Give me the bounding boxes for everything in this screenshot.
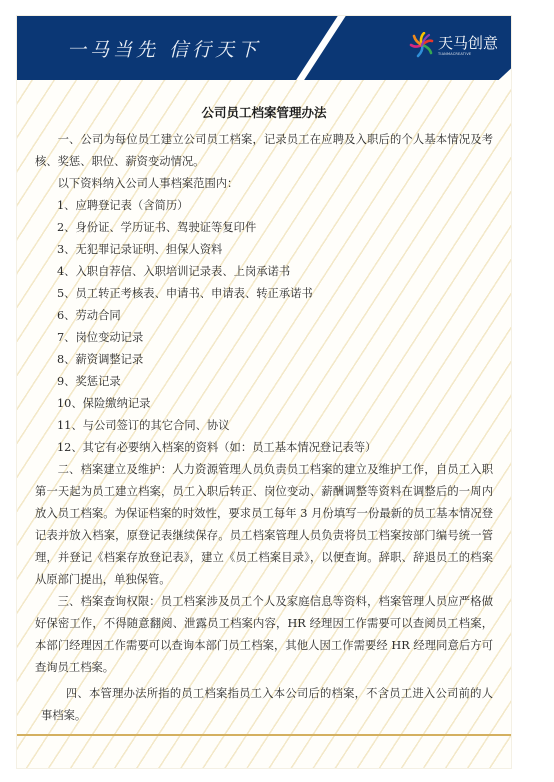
list-item: 1、应聘登记表（含简历） [35, 195, 493, 217]
list-item: 8、薪资调整记录 [35, 349, 493, 371]
logo-name-en: TIANMACREATIVE [438, 52, 498, 56]
list-item: 11、与公司签订的其它合同、协议 [35, 415, 493, 437]
section-4-paragraph: 四、本管理办法所指的员工档案指员工入本公司后的档案，不含员工进入公司前的人事档案… [35, 683, 493, 727]
section-1-paragraph: 一、公司为每位员工建立公司员工档案，记录员工在应聘及入职后的个人基本情况及考核、… [35, 129, 493, 173]
document-title: 公司员工档案管理办法 [17, 103, 511, 121]
list-item: 3、无犯罪记录证明、担保人资料 [35, 239, 493, 261]
logo-name-cn: 天马创意 [438, 35, 498, 52]
header-banner: 一马当先 信行天下 天马创意 TIANMACREATIVE [17, 16, 511, 80]
list-item: 6、劳动合同 [35, 305, 493, 327]
list-item: 12、其它有必要纳入档案的资料（如：员工基本情况登记表等） [35, 437, 493, 459]
section-3-paragraph: 三、档案查询权限：员工档案涉及员工个人及家庭信息等资料，档案管理人员应严格做好保… [35, 591, 493, 679]
banner-divider-slash [294, 14, 347, 84]
list-item: 4、入职自荐信、入职培训记录表、上岗承诺书 [35, 261, 493, 283]
footer-divider [17, 734, 511, 736]
document-body: 一、公司为每位员工建立公司员工档案，记录员工在应聘及入职后的个人基本情况及考核、… [35, 129, 493, 727]
section-2-paragraph: 二、档案建立及维护：人力资源管理人员负责员工档案的建立及维护工作，自员工入职第一… [35, 459, 493, 591]
slogan: 一马当先 信行天下 [67, 35, 261, 62]
document-page: 一马当先 信行天下 天马创意 TIANMACREATIVE 公司员工档案管理办法 [17, 16, 511, 768]
list-intro: 以下资料纳入公司人事档案范围内： [35, 173, 493, 195]
company-logo: 天马创意 TIANMACREATIVE [409, 32, 498, 58]
list-item: 9、奖惩记录 [35, 371, 493, 393]
list-item: 5、员工转正考核表、申请书、申请表、转正承诺书 [35, 283, 493, 305]
pinwheel-logo-icon [409, 32, 435, 58]
list-item: 2、身份证、学历证书、驾驶证等复印件 [35, 217, 493, 239]
list-item: 10、保险缴纳记录 [35, 393, 493, 415]
list-item: 7、岗位变动记录 [35, 327, 493, 349]
